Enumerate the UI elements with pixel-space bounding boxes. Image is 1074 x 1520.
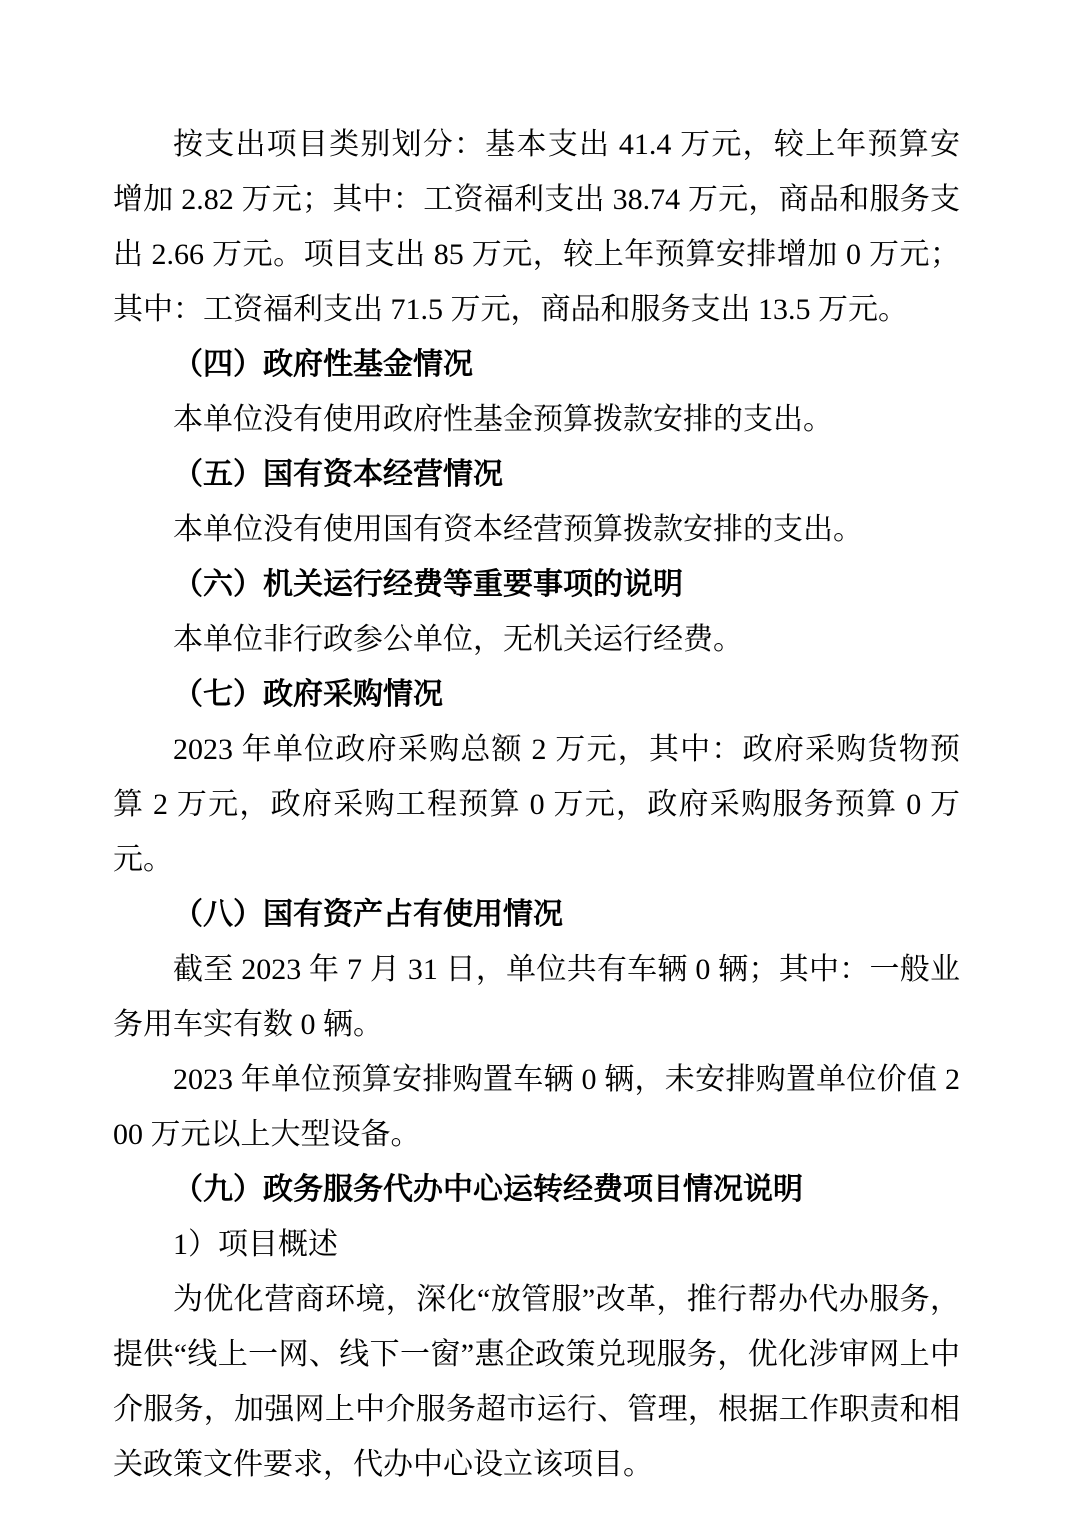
document-page: 按支出项目类别划分：基本支出 41.4 万元，较上年预算安增加 2.82 万元；… bbox=[0, 0, 1074, 1520]
subheading-project-overview: 1）项目概述 bbox=[113, 1217, 960, 1272]
section-heading-9-service-center-project: （九）政务服务代办中心运转经费项目情况说明 bbox=[113, 1162, 960, 1217]
paragraph-project-description: 为优化营商环境，深化“放管服”改革，推行帮办代办服务，提供“线上一网、线下一窗”… bbox=[113, 1272, 960, 1492]
paragraph-procurement: 2023 年单位政府采购总额 2 万元，其中：政府采购货物预算 2 万元，政府采… bbox=[113, 722, 960, 887]
paragraph-vehicle-purchase-budget: 2023 年单位预算安排购置车辆 0 辆，未安排购置单位价值 200 万元以上大… bbox=[113, 1052, 960, 1162]
section-heading-5-state-capital: （五）国有资本经营情况 bbox=[113, 447, 960, 502]
paragraph-expenditure-breakdown: 按支出项目类别划分：基本支出 41.4 万元，较上年预算安增加 2.82 万元；… bbox=[113, 117, 960, 337]
section-heading-4-government-funds: （四）政府性基金情况 bbox=[113, 337, 960, 392]
paragraph-operating-expenses: 本单位非行政参公单位，无机关运行经费。 bbox=[113, 612, 960, 667]
paragraph-vehicles-owned: 截至 2023 年 7 月 31 日，单位共有车辆 0 辆；其中：一般业务用车实… bbox=[113, 942, 960, 1052]
paragraph-government-funds: 本单位没有使用政府性基金预算拨款安排的支出。 bbox=[113, 392, 960, 447]
section-heading-6-operating-expenses: （六）机关运行经费等重要事项的说明 bbox=[113, 557, 960, 612]
paragraph-state-capital: 本单位没有使用国有资本经营预算拨款安排的支出。 bbox=[113, 502, 960, 557]
section-heading-7-procurement: （七）政府采购情况 bbox=[113, 667, 960, 722]
section-heading-8-state-assets: （八）国有资产占有使用情况 bbox=[113, 887, 960, 942]
